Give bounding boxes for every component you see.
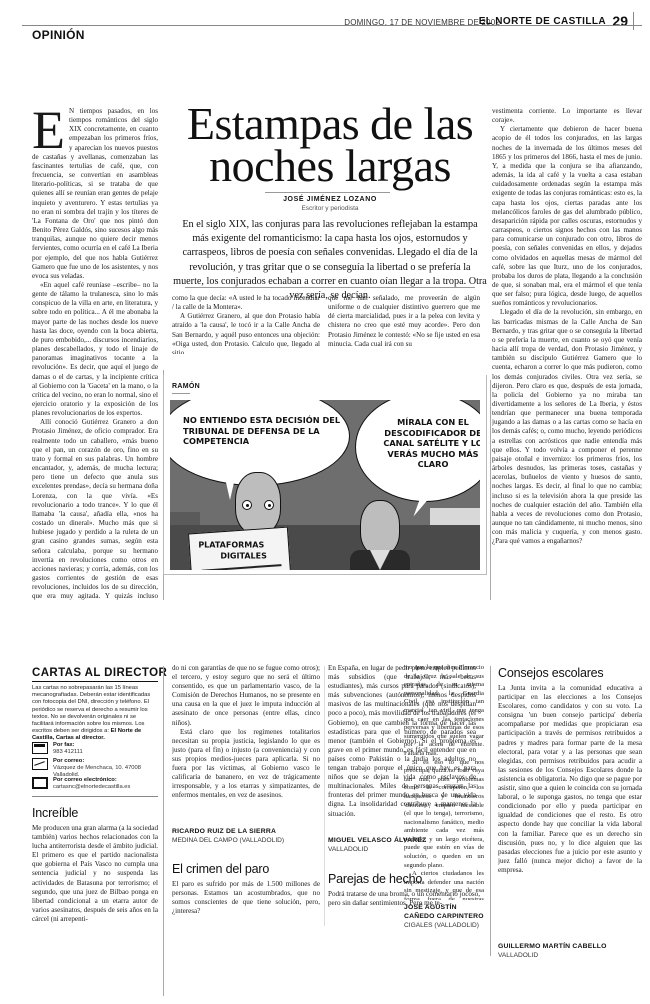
title-line: noches largas bbox=[175, 145, 485, 187]
contact-value: 983 412111 bbox=[53, 749, 158, 756]
letter-paragraph: A ciertos ciudadanos les importa defende… bbox=[404, 870, 484, 900]
letter-paragraph: do ni con garantías de que no se fugue c… bbox=[172, 664, 320, 728]
article-column-4: vestimenta corriente. Lo importante es l… bbox=[492, 107, 642, 602]
letter-title: El crimen del paro bbox=[172, 862, 269, 876]
speech-bubble-right: MÍRALA CON EL DESCODIFICADOR DE CANAL SA… bbox=[355, 400, 480, 502]
letters-divider bbox=[32, 796, 158, 797]
newspaper-headline: PLATAFORMAS DIGITALES bbox=[198, 539, 267, 561]
bubble-tail bbox=[225, 478, 235, 500]
contact-label: Por correo electrónico: bbox=[53, 777, 158, 784]
letter-author: GUILLERMO MARTÍN CABELLO bbox=[498, 943, 607, 950]
article-column-2: como la que decía: «A usted le ha tocado… bbox=[172, 294, 320, 354]
letters-title-rule bbox=[32, 681, 158, 682]
article-title: Estampas de las noches largas bbox=[175, 103, 485, 187]
letter-place: VALLADOLID bbox=[328, 846, 368, 853]
contact-email: Por correo electrónico: cartasnc@elnorte… bbox=[32, 777, 158, 793]
cartoon-newspaper: PLATAFORMAS DIGITALES bbox=[188, 527, 292, 570]
lede-divider bbox=[185, 287, 475, 288]
letters-instructions: Las cartas no sobrepasarán las 15 líneas… bbox=[32, 685, 158, 743]
letter-body-continued: do ni con garantías de que no se fugue c… bbox=[172, 664, 320, 826]
newspaper-text-lines bbox=[202, 564, 283, 570]
article-paragraph: Llegado el día de la revolución, sin emb… bbox=[492, 308, 642, 546]
mail-icon bbox=[32, 758, 48, 770]
header-divider bbox=[633, 12, 634, 30]
contact-link[interactable]: cartasnc@elnortedecastilla.es bbox=[53, 784, 158, 791]
title-line: Estampas de las bbox=[175, 103, 485, 145]
article-paragraph: «En aquel café reuníase –escribe– no la … bbox=[32, 281, 158, 418]
letter-paragraph: El paro es sufrido por más de 1.500 mill… bbox=[172, 880, 320, 916]
article-paragraph: Allí conoció Gutiérrez Granero a don Pro… bbox=[32, 418, 158, 602]
page-number: 29 bbox=[612, 13, 628, 29]
instructions-text: Las cartas no sobrepasarán las 15 líneas… bbox=[32, 685, 150, 734]
letter-3-body: mo que lo que dice Florencio de la Cruz … bbox=[404, 664, 484, 900]
article-paragraph: como la que decía: «A usted le ha tocado… bbox=[172, 294, 320, 312]
character-right-head bbox=[360, 500, 400, 555]
article-paragraph: vestimenta corriente. Lo importante es l… bbox=[492, 107, 642, 125]
contact-fax: Por fax: 983 412111 bbox=[32, 742, 158, 756]
letter-author: JOSÉ AGUSTÍN CAÑEDO CARPINTERO bbox=[404, 904, 488, 921]
article-author: JOSÉ JIMÉNEZ LOZANO bbox=[175, 196, 485, 203]
column-divider bbox=[324, 666, 325, 926]
article-column-1: E N tiempos pasados, en los tiempos romá… bbox=[32, 107, 158, 602]
header-rule bbox=[22, 25, 642, 26]
letter-title: Consejos escolares bbox=[498, 666, 603, 680]
article-paragraph: Y ciertamente que debieron de hacer buen… bbox=[492, 125, 642, 308]
letter-place: CIGALES (VALLADOLID) bbox=[404, 922, 479, 929]
letter-title: Increíble bbox=[32, 806, 78, 820]
letter-paragraph: Me producen una gran alarma (a la socied… bbox=[32, 824, 158, 924]
letter-author: RICARDO RUIZ DE LA SIERRA bbox=[172, 828, 276, 835]
column-divider bbox=[490, 380, 491, 600]
drop-cap: E bbox=[32, 109, 65, 151]
letter-place: VALLADOLID bbox=[498, 952, 538, 959]
email-icon bbox=[32, 777, 48, 789]
letter-place: MEDINA DEL CAMPO (VALLADOLID) bbox=[172, 837, 320, 845]
contact-label: Por correo: bbox=[53, 758, 158, 765]
letter-paragraph: Si es eso lo que nos preocupa, quizá no … bbox=[404, 759, 484, 871]
headline-line: DIGITALES bbox=[198, 550, 267, 561]
article-paragraph: A Gutiérrez Granero, al que don Protasio… bbox=[172, 312, 320, 354]
letter-paragraph: Está claro que los regímenes totalitario… bbox=[172, 728, 320, 801]
letters-section-title: CARTAS AL DIRECTOR bbox=[32, 667, 167, 679]
letter-body: Me producen una gran alarma (a la socied… bbox=[32, 824, 158, 996]
letter-body: La Junta invita a la comunidad educativa… bbox=[498, 684, 642, 942]
letter-paragraph: mo que lo que dice Florencio de la Cruz … bbox=[404, 664, 484, 759]
column-divider bbox=[490, 666, 491, 956]
credit-underline bbox=[172, 393, 190, 394]
author-role: Escritor y periodista bbox=[175, 205, 485, 212]
eye-icon bbox=[242, 500, 252, 510]
character-eyes bbox=[242, 500, 276, 510]
article-paragraph: que me han señalado, me proveerán de alg… bbox=[328, 294, 480, 349]
headline-line: PLATAFORMAS bbox=[198, 539, 267, 550]
contact-mail: Por correo: Vázquez de Menchaca, 10. 470… bbox=[32, 758, 158, 778]
cartoon-image: NO ENTIENDO ESTA DECISIÓN DEL TRIBUNAL D… bbox=[170, 400, 480, 570]
contact-label: Por fax: bbox=[53, 742, 158, 749]
letter-paragraph: La Junta invita a la comunidad educativa… bbox=[498, 684, 642, 875]
fax-icon bbox=[32, 742, 48, 754]
eye-icon bbox=[264, 500, 274, 510]
title-divider bbox=[265, 192, 390, 193]
article-column-3: que me han señalado, me proveerán de alg… bbox=[328, 294, 480, 354]
article-lede: En el siglo XIX, las conjuras para las r… bbox=[173, 218, 487, 303]
cartoon-credit: RAMÓN bbox=[172, 383, 200, 390]
column-divider bbox=[163, 666, 164, 996]
letter-body: El paro es sufrido por más de 1.500 mill… bbox=[172, 880, 320, 920]
section-label: OPINIÓN bbox=[32, 28, 85, 42]
